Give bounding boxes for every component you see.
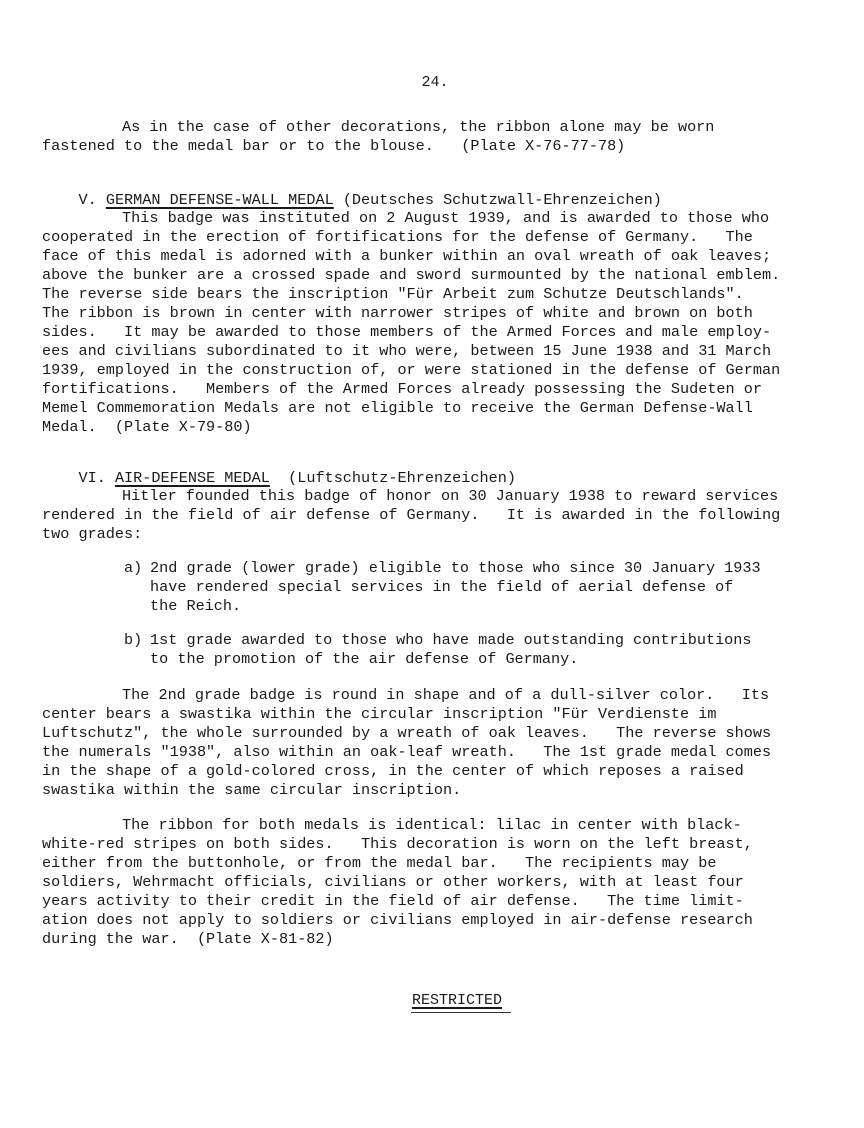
ribbon-paragraph-line: The ribbon for both medals is identical:…: [122, 816, 742, 835]
badge-paragraph-line: swastika within the same circular inscri…: [42, 781, 461, 800]
section-v-line: The reverse side bears the inscription "…: [42, 285, 744, 304]
section-v-line: Medal. (Plate X-79-80): [42, 418, 252, 437]
badge-paragraph-line: the numerals "1938", also within an oak-…: [42, 743, 771, 762]
section-vi-numeral: VI.: [78, 469, 105, 487]
section-v-line: above the bunker are a crossed spade and…: [42, 266, 780, 285]
section-v-numeral: V.: [78, 191, 96, 209]
section-v-german-name: (Deutsches Schutzwall-Ehrenzeichen): [343, 191, 662, 209]
grade-a-line: the Reich.: [150, 597, 241, 616]
section-v-line: The ribbon is brown in center with narro…: [42, 304, 753, 323]
intro-line-2: fastened to the medal bar or to the blou…: [42, 137, 625, 156]
section-v-line: This badge was instituted on 2 August 19…: [122, 209, 769, 228]
section-v-title: GERMAN DEFENSE-WALL MEDAL: [106, 191, 334, 209]
ribbon-paragraph-line: either from the buttonhole, or from the …: [42, 854, 716, 873]
ribbon-paragraph-line: ation does not apply to soldiers or civi…: [42, 911, 753, 930]
footer-rule: [411, 1012, 511, 1013]
section-v-line: fortifications. Members of the Armed For…: [42, 380, 762, 399]
badge-paragraph-line: The 2nd grade badge is round in shape an…: [122, 686, 769, 705]
section-vi-german-name: (Luftschutz-Ehrenzeichen): [288, 469, 516, 487]
page-number: 24.: [0, 74, 864, 91]
ribbon-paragraph-line: years activity to their credit in the fi…: [42, 892, 744, 911]
grade-b-line: 1st grade awarded to those who have made…: [150, 631, 752, 650]
section-vi-intro-line: rendered in the field of air defense of …: [42, 506, 780, 525]
grade-b-line: to the promotion of the air defense of G…: [150, 650, 578, 669]
section-v-line: ees and civilians subordinated to it who…: [42, 342, 771, 361]
intro-line-1: As in the case of other decorations, the…: [122, 118, 714, 137]
section-vi-intro-line: Hitler founded this badge of honor on 30…: [122, 487, 778, 506]
grade-a-line: 2nd grade (lower grade) eligible to thos…: [150, 559, 761, 578]
section-v-line: Memel Commemoration Medals are not eligi…: [42, 399, 753, 418]
classification-label: RESTRICTED: [412, 992, 502, 1009]
section-vi-intro-line: two grades:: [42, 525, 142, 544]
badge-paragraph-line: in the shape of a gold-colored cross, in…: [42, 762, 744, 781]
classification-footer: RESTRICTED: [412, 992, 502, 1009]
badge-paragraph-line: Luftschutz", the whole surrounded by a w…: [42, 724, 771, 743]
ribbon-paragraph-line: soldiers, Wehrmacht officials, civilians…: [42, 873, 744, 892]
section-v-line: cooperated in the erection of fortificat…: [42, 228, 753, 247]
section-v-line: 1939, employed in the construction of, o…: [42, 361, 780, 380]
grade-a-label: a): [124, 559, 142, 578]
grade-a-line: have rendered special services in the fi…: [150, 578, 733, 597]
section-v-line: sides. It may be awarded to those member…: [42, 323, 771, 342]
grade-b-label: b): [124, 631, 142, 650]
section-v-line: face of this medal is adorned with a bun…: [42, 247, 771, 266]
ribbon-paragraph-line: white-red stripes on both sides. This de…: [42, 835, 753, 854]
ribbon-paragraph-line: during the war. (Plate X-81-82): [42, 930, 334, 949]
section-vi-title: AIR-DEFENSE MEDAL: [115, 469, 270, 487]
badge-paragraph-line: center bears a swastika within the circu…: [42, 705, 716, 724]
